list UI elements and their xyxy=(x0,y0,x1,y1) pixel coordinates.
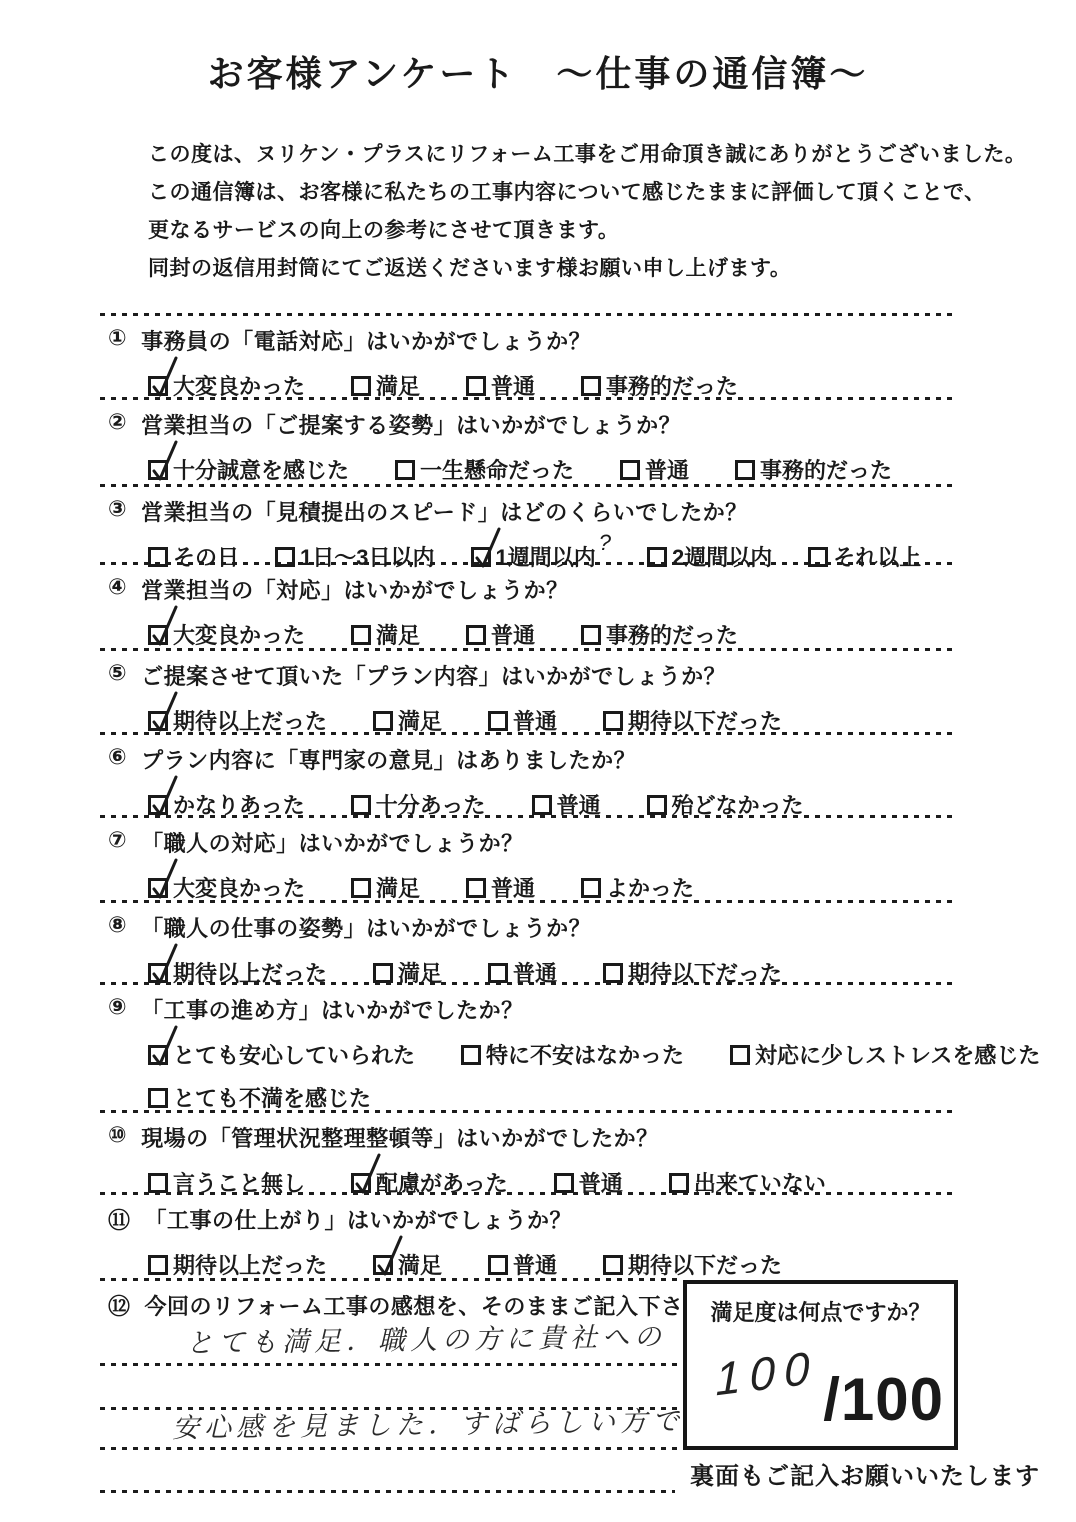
option[interactable]: 事務的だった xyxy=(735,454,892,485)
question-text-row: ⑤ ご提案させて頂いた「プラン内容」はいかがでしょうか？ xyxy=(108,660,958,691)
checkbox[interactable] xyxy=(351,376,371,396)
checkbox[interactable] xyxy=(669,1173,689,1193)
question-text-row: ⑪ 「工事の仕上がり」はいかがでしょうか？ xyxy=(108,1204,958,1235)
writing-rule xyxy=(100,1490,675,1493)
checkbox[interactable] xyxy=(532,795,552,815)
checkbox[interactable] xyxy=(148,711,168,731)
checkbox[interactable] xyxy=(603,1255,623,1275)
option-label: 特に不安はなかった xyxy=(486,1039,684,1070)
question-number: ⑩ xyxy=(108,1122,127,1148)
checkbox[interactable] xyxy=(351,878,371,898)
option[interactable]: 事務的だった xyxy=(581,619,738,650)
question-text: 営業担当の「見積提出のスピード」はどのくらいでしたか？ xyxy=(141,496,748,527)
checkbox[interactable] xyxy=(148,1045,168,1065)
checkmark-icon xyxy=(372,1232,404,1278)
question-number: ⑤ xyxy=(108,660,127,686)
options-row: とても安心していられた 特に不安はなかった 対応に少しストレスを感じた xyxy=(148,1039,958,1070)
checkmark-icon xyxy=(147,940,179,986)
question-number: ⑦ xyxy=(108,827,127,853)
checkbox[interactable] xyxy=(466,376,486,396)
handwritten-comment-line: とても満足．職人の方に貴社への xyxy=(186,1315,666,1361)
checkmark-icon xyxy=(147,855,179,901)
checkbox[interactable] xyxy=(581,625,601,645)
question-text-row: ⑧ 「職人の仕事の姿勢」はいかがでしょうか？ xyxy=(108,912,958,943)
intro-line: 同封の返信用封筒にてご返送くださいます様お願い申し上げます。 xyxy=(148,250,1026,288)
option-label: 十分誠意を感じた xyxy=(173,454,349,485)
checkmark-icon xyxy=(147,602,179,648)
option-label: 満足 xyxy=(376,619,420,650)
question-5: ⑤ ご提案させて頂いた「プラン内容」はいかがでしょうか？ 期待以上だった 満足 … xyxy=(100,648,958,736)
question-text: ご提案させて頂いた「プラン内容」はいかがでしょうか？ xyxy=(141,660,726,691)
question-4: ④ 営業担当の「対応」はいかがでしょうか？ 大変良かった 満足 普通 事務的だっ… xyxy=(100,562,958,650)
checkbox[interactable] xyxy=(603,711,623,731)
satisfaction-score-box[interactable]: 満足度は何点ですか？ 100 /100 xyxy=(683,1280,958,1450)
checkbox[interactable] xyxy=(351,795,371,815)
option[interactable]: 期待以下だった xyxy=(603,1249,782,1280)
option[interactable]: とても不満を感じた xyxy=(148,1082,371,1113)
question-text-row: ⑥ プラン内容に「専門家の意見」はありましたか？ xyxy=(108,744,958,775)
question-text: 営業担当の「対応」はいかがでしょうか？ xyxy=(141,574,569,605)
option-label: よかった xyxy=(606,872,694,903)
question-9: ⑨ 「工事の進め方」はいかがでしたか？ とても安心していられた 特に不安はなかっ… xyxy=(100,982,958,1113)
checkbox[interactable] xyxy=(581,878,601,898)
checkbox[interactable] xyxy=(148,963,168,983)
option-label: 普通 xyxy=(491,872,535,903)
checkmark-icon xyxy=(147,1022,179,1068)
option[interactable]: よかった xyxy=(581,872,694,903)
checkbox[interactable] xyxy=(488,963,508,983)
checkbox[interactable] xyxy=(581,376,601,396)
options-row: とても不満を感じた xyxy=(148,1082,958,1113)
option-label: 事務的だった xyxy=(606,619,738,650)
checkbox[interactable] xyxy=(148,376,168,396)
checkbox[interactable] xyxy=(148,625,168,645)
option-label: 普通 xyxy=(513,1249,557,1280)
question-text: 「工事の進め方」はいかがでしたか？ xyxy=(141,994,524,1025)
intro-line: 更なるサービスの向上の参考にさせて頂きます。 xyxy=(148,212,1026,250)
option[interactable]: 特に不安はなかった xyxy=(461,1039,684,1070)
option[interactable]: 十分誠意を感じた xyxy=(148,454,349,485)
option-label: 満足 xyxy=(398,1249,442,1280)
option[interactable]: とても安心していられた xyxy=(148,1039,415,1070)
option[interactable]: 普通 xyxy=(466,619,535,650)
question-text-row: ⑩ 現場の「管理状況整理整頓等」はいかがでしたか？ xyxy=(108,1122,958,1153)
option-label: とても不満を感じた xyxy=(173,1082,371,1113)
question-number: ① xyxy=(108,325,127,351)
checkbox[interactable] xyxy=(351,625,371,645)
question-number: ⑥ xyxy=(108,744,127,770)
option-label: 普通 xyxy=(491,619,535,650)
checkmark-icon xyxy=(147,688,179,734)
checkbox[interactable] xyxy=(647,795,667,815)
checkbox[interactable] xyxy=(395,460,415,480)
option-label: 事務的だった xyxy=(760,454,892,485)
checkbox[interactable] xyxy=(373,1255,393,1275)
question-7: ⑦ 「職人の対応」はいかがでしょうか？ 大変良かった 満足 普通 よかった xyxy=(100,815,958,903)
question-text: 「職人の対応」はいかがでしょうか？ xyxy=(141,827,524,858)
option[interactable]: 期待以上だった xyxy=(148,1249,327,1280)
checkbox[interactable] xyxy=(620,460,640,480)
option-label: 対応に少しストレスを感じた xyxy=(755,1039,1040,1070)
score-denominator: /100 xyxy=(823,1365,944,1434)
writing-rule xyxy=(100,1363,683,1366)
intro-text: この度は、ヌリケン・プラスにリフォーム工事をご用命頂き誠にありがとうございました… xyxy=(148,136,1026,288)
page-title: お客様アンケート ～仕事の通信簿～ xyxy=(0,46,1076,97)
question-number: ⑫ xyxy=(108,1290,131,1321)
handwritten-question-mark: ? xyxy=(599,530,611,556)
option[interactable]: 満足 xyxy=(373,1249,442,1280)
question-text-row: ⑦ 「職人の対応」はいかがでしょうか？ xyxy=(108,827,958,858)
question-text: プラン内容に「専門家の意見」はありましたか？ xyxy=(141,744,636,775)
question-number: ③ xyxy=(108,496,127,522)
checkbox[interactable] xyxy=(730,1045,750,1065)
checkmark-icon xyxy=(147,772,179,818)
options-row: 大変良かった 満足 普通 事務的だった xyxy=(148,619,958,650)
question-10: ⑩ 現場の「管理状況整理整頓等」はいかがでしたか？ 言うこと無し 配慮があった … xyxy=(100,1110,958,1198)
question-text: 事務員の「電話対応」はいかがでしょうか？ xyxy=(141,325,591,356)
checkbox[interactable] xyxy=(466,878,486,898)
checkbox[interactable] xyxy=(148,460,168,480)
checkbox[interactable] xyxy=(148,1173,168,1193)
options-row: 十分誠意を感じた 一生懸命だった 普通 事務的だった xyxy=(148,454,958,485)
back-side-note: 裏面もご記入お願いいたします xyxy=(690,1456,1040,1491)
checkmark-icon xyxy=(147,437,179,483)
checkbox[interactable] xyxy=(148,795,168,815)
question-number: ⑨ xyxy=(108,994,127,1020)
question-11: ⑪ 「工事の仕上がり」はいかがでしょうか？ 期待以上だった 満足 普通 期待以下… xyxy=(100,1192,958,1280)
handwritten-score: 100 xyxy=(715,1340,819,1407)
score-question: 満足度は何点ですか？ xyxy=(695,1296,946,1327)
option[interactable]: 普通 xyxy=(488,1249,557,1280)
options-row: 期待以上だった 満足 普通 期待以下だった xyxy=(148,1249,958,1280)
question-number: ② xyxy=(108,409,127,435)
checkbox[interactable] xyxy=(554,1173,574,1193)
option[interactable]: 普通 xyxy=(620,454,689,485)
question-text-row: ⑨ 「工事の進め方」はいかがでしたか？ xyxy=(108,994,958,1025)
writing-rule xyxy=(100,1447,683,1450)
option-label: 期待以上だった xyxy=(173,1249,327,1280)
checkbox[interactable] xyxy=(603,963,623,983)
option-label: 一生懸命だった xyxy=(420,454,574,485)
intro-line: この度は、ヌリケン・プラスにリフォーム工事をご用命頂き誠にありがとうございました… xyxy=(148,136,1026,174)
question-text: 「工事の仕上がり」はいかがでしょうか？ xyxy=(145,1204,573,1235)
checkbox[interactable] xyxy=(488,1255,508,1275)
option[interactable]: 満足 xyxy=(351,619,420,650)
options-row: 大変良かった 満足 普通 よかった xyxy=(148,872,958,903)
checkmark-icon xyxy=(147,353,179,399)
checkbox[interactable] xyxy=(148,1255,168,1275)
question-2: ② 営業担当の「ご提案する姿勢」はいかがでしょうか？ 十分誠意を感じた 一生懸命… xyxy=(100,397,958,485)
checkmark-icon xyxy=(350,1150,382,1196)
question-8: ⑧ 「職人の仕事の姿勢」はいかがでしょうか？ 期待以上だった 満足 普通 期待以… xyxy=(100,900,958,988)
option-label: 普通 xyxy=(645,454,689,485)
question-text-row: ④ 営業担当の「対応」はいかがでしょうか？ xyxy=(108,574,958,605)
option-label: 大変良かった xyxy=(173,619,305,650)
question-number: ④ xyxy=(108,574,127,600)
question-number: ⑧ xyxy=(108,912,127,938)
option[interactable]: 満足 xyxy=(351,872,420,903)
checkbox[interactable] xyxy=(488,711,508,731)
checkbox[interactable] xyxy=(466,625,486,645)
option-label: 大変良かった xyxy=(173,872,305,903)
question-text: 「職人の仕事の姿勢」はいかがでしょうか？ xyxy=(141,912,591,943)
option[interactable]: 大変良かった xyxy=(148,872,305,903)
checkbox[interactable] xyxy=(735,460,755,480)
checkbox[interactable] xyxy=(148,878,168,898)
checkbox[interactable] xyxy=(373,963,393,983)
intro-line: この通信簿は、お客様に私たちの工事内容について感じたままに評価して頂くことで、 xyxy=(148,174,1026,212)
question-text-row: ① 事務員の「電話対応」はいかがでしょうか？ xyxy=(108,325,958,356)
option-label: 期待以下だった xyxy=(628,1249,782,1280)
question-text: 営業担当の「ご提案する姿勢」はいかがでしょうか？ xyxy=(141,409,681,440)
option-label: とても安心していられた xyxy=(173,1039,415,1070)
question-text-row: ③ 営業担当の「見積提出のスピード」はどのくらいでしたか？ xyxy=(108,496,958,527)
question-text: 現場の「管理状況整理整頓等」はいかがでしたか？ xyxy=(141,1122,659,1153)
question-text-row: ② 営業担当の「ご提案する姿勢」はいかがでしょうか？ xyxy=(108,409,958,440)
question-1: ① 事務員の「電話対応」はいかがでしょうか？ 大変良かった 満足 普通 事務的だ… xyxy=(100,313,958,401)
checkbox[interactable] xyxy=(351,1173,371,1193)
survey-page: お客様アンケート ～仕事の通信簿～ この度は、ヌリケン・プラスにリフォーム工事を… xyxy=(0,0,1076,1522)
option[interactable]: 対応に少しストレスを感じた xyxy=(730,1039,1040,1070)
option-label: 満足 xyxy=(376,872,420,903)
option[interactable]: 一生懸命だった xyxy=(395,454,574,485)
question-3: ③ 営業担当の「見積提出のスピード」はどのくらいでしたか？ その日 1日～3日以… xyxy=(100,484,958,572)
option[interactable]: 大変良かった xyxy=(148,619,305,650)
question-number: ⑪ xyxy=(108,1204,131,1235)
checkbox[interactable] xyxy=(461,1045,481,1065)
question-6: ⑥ プラン内容に「専門家の意見」はありましたか？ かなりあった 十分あった 普通… xyxy=(100,732,958,820)
checkbox[interactable] xyxy=(148,1088,168,1108)
checkbox[interactable] xyxy=(373,711,393,731)
option[interactable]: 普通 xyxy=(466,872,535,903)
